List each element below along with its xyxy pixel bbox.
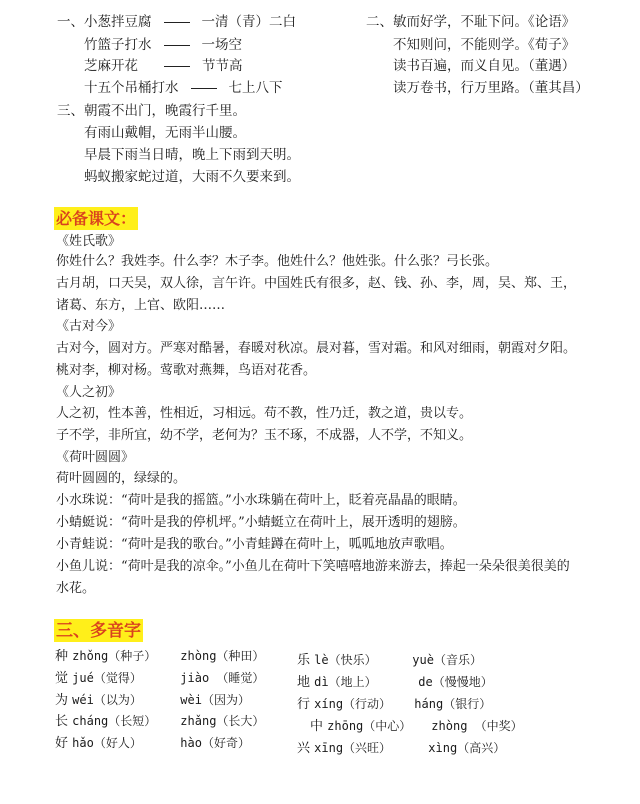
polyphone-row: 长 cháng（长短） zhǎng（长大） xyxy=(55,712,264,731)
dash-divider xyxy=(191,88,217,89)
reading-b: xìng（高兴） xyxy=(428,741,505,755)
polyphone-row: 觉 jué（觉得） jiào （睡觉） xyxy=(55,669,264,688)
reading-b: de（慢慢地） xyxy=(418,675,492,689)
section-1-row: 芝麻开花节节高 xyxy=(84,57,243,75)
polyphone-char: 行 xyxy=(297,697,310,712)
quote-line: 不知则问，不能则学。《荀子》 xyxy=(393,36,575,54)
polyphone-row: 中 zhōng（中心） zhòng （中奖） xyxy=(310,717,523,736)
reading-b: háng（银行） xyxy=(414,697,491,711)
section-3-prefix: 三、 xyxy=(57,103,84,119)
reading-b: zhǎng（长大） xyxy=(180,714,264,728)
quote-text: 敏而好学，不耻下问。《论语》 xyxy=(393,14,575,30)
section-1-row: 一、小葱拌豆腐一清（青）二白 xyxy=(57,13,296,31)
polyphone-char: 种 xyxy=(55,649,68,664)
text-title: 《古对今》 xyxy=(56,318,121,336)
text-title: 《人之初》 xyxy=(56,384,121,402)
text-line: 你姓什么？我姓李。什么李？木子李。他姓什么？他姓张。什么张？弓长张。 xyxy=(56,253,498,271)
polyphone-row: 行 xíng（行动） háng（银行） xyxy=(297,695,491,714)
reading-a: cháng（长短） xyxy=(72,712,176,730)
reading-a: lè（快乐） xyxy=(314,651,408,669)
text-line: 人之初，性本善，性相近，习相远。苟不教，性乃迁，教之道，贵以专。 xyxy=(56,405,472,423)
polyphone-char: 中 xyxy=(310,719,323,734)
dash-divider xyxy=(164,66,190,67)
section-1-row: 竹篮子打水一场空 xyxy=(84,36,242,54)
polyphone-row: 种 zhǒng（种子） zhòng（种田） xyxy=(55,647,264,666)
text-line: 子不学，非所宜，幼不学，老何为？玉不琢，不成器，人不学，不知义。 xyxy=(56,427,472,445)
polyphone-char: 为 xyxy=(55,693,68,708)
text-line: 古对今，圆对方。严寒对酷暑，春暖对秋凉。晨对暮，雪对霜。和风对细雨，朝霞对夕阳。 xyxy=(56,340,576,358)
section-1-row: 十五个吊桶打水七上八下 xyxy=(84,79,283,97)
section-1-prefix: 一、 xyxy=(57,14,84,30)
quote-line: 读书百遍，而义自见。（董遇） xyxy=(393,57,575,75)
reading-b: hào（好奇） xyxy=(180,736,250,750)
idiom-right: 一清（青）二白 xyxy=(202,14,297,30)
reading-a: wéi（以为） xyxy=(72,691,176,709)
polyphone-char: 好 xyxy=(55,736,68,751)
reading-a: zhōng（中心） xyxy=(327,717,427,735)
text-line: 水花。 xyxy=(56,580,95,598)
idiom-right: 七上八下 xyxy=(229,80,283,96)
text-line: 荷叶圆圆的，绿绿的。 xyxy=(56,470,186,488)
idiom-right: 节节高 xyxy=(202,58,243,74)
reading-a: jué（觉得） xyxy=(72,669,176,687)
reading-a: xīng（兴旺） xyxy=(314,739,424,757)
reading-b: yuè（音乐） xyxy=(412,653,482,667)
polyphone-row: 为 wéi（以为） wèi（因为） xyxy=(55,691,250,710)
proverb-line: 三、朝霞不出门，晚霞行千里。 xyxy=(57,102,246,120)
proverb-line: 早晨下雨当日晴，晚上下雨到天明。 xyxy=(84,146,300,164)
quote-line: 读万卷书，行万里路。（董其昌） xyxy=(393,79,589,97)
reading-a: hǎo（好人） xyxy=(72,734,176,752)
idiom-left: 芝麻开花 xyxy=(84,58,138,74)
polyphone-char: 地 xyxy=(297,675,310,690)
idiom-left: 竹篮子打水 xyxy=(84,37,152,53)
proverb-line: 有雨山戴帽，无雨半山腰。 xyxy=(84,124,246,142)
polyphones-heading: 三、多音字 xyxy=(54,619,143,642)
text-line: 小青蛙说：“荷叶是我的歌台。”小青蛙蹲在荷叶上，呱呱地放声歌唱。 xyxy=(56,536,453,554)
polyphone-row: 好 hǎo（好人） hào（好奇） xyxy=(55,734,250,753)
polyphone-char: 乐 xyxy=(297,653,310,668)
polyphone-row: 乐 lè（快乐） yuè（音乐） xyxy=(297,651,482,670)
polyphone-char: 觉 xyxy=(55,671,68,686)
required-texts-heading: 必备课文： xyxy=(54,207,138,230)
text-line: 小蜻蜓说：“荷叶是我的停机坪。”小蜻蜓立在荷叶上，展开透明的翅膀。 xyxy=(56,514,466,532)
text-line: 古月胡，口天吴，双人徐，言午许。中国姓氏有很多，赵、钱、孙、李，周，吴、郑、王， xyxy=(56,275,576,293)
polyphone-char: 兴 xyxy=(297,741,310,756)
text-line: 小鱼儿说：“荷叶是我的凉伞。”小鱼儿在荷叶下笑嘻嘻地游来游去，捧起一朵朵很美很美… xyxy=(56,558,570,576)
polyphone-row: 兴 xīng（兴旺） xìng（高兴） xyxy=(297,739,505,758)
reading-b: wèi（因为） xyxy=(180,693,250,707)
proverb-text: 朝霞不出门，晚霞行千里。 xyxy=(84,103,246,119)
dash-divider xyxy=(164,45,190,46)
text-line: 诸葛、东方，上官、欧阳…… xyxy=(56,297,225,315)
polyphone-char: 长 xyxy=(55,714,68,729)
idiom-right: 一场空 xyxy=(202,37,243,53)
reading-b: jiào （睡觉） xyxy=(180,671,264,685)
reading-b: zhòng（种田） xyxy=(180,649,264,663)
proverb-line: 蚂蚁搬家蛇过道，大雨不久要来到。 xyxy=(84,168,300,186)
reading-a: dì（地上） xyxy=(314,673,414,691)
dash-divider xyxy=(164,22,190,23)
reading-b: zhòng （中奖） xyxy=(431,719,522,733)
idiom-left: 小葱拌豆腐 xyxy=(84,14,152,30)
quote-line: 二、敏而好学，不耻下问。《论语》 xyxy=(366,13,575,31)
reading-a: xíng（行动） xyxy=(314,695,410,713)
reading-a: zhǒng（种子） xyxy=(72,647,176,665)
text-title: 《荷叶圆圆》 xyxy=(56,449,134,467)
polyphone-row: 地 dì（地上） de（慢慢地） xyxy=(297,673,493,692)
text-line: 小水珠说：“荷叶是我的摇篮。”小水珠躺在荷叶上，眨着亮晶晶的眼睛。 xyxy=(56,492,466,510)
section-2-prefix: 二、 xyxy=(366,14,393,30)
text-line: 桃对李，柳对杨。莺歌对燕舞，鸟语对花香。 xyxy=(56,362,316,380)
text-title: 《姓氏歌》 xyxy=(56,233,121,251)
idiom-left: 十五个吊桶打水 xyxy=(84,80,179,96)
